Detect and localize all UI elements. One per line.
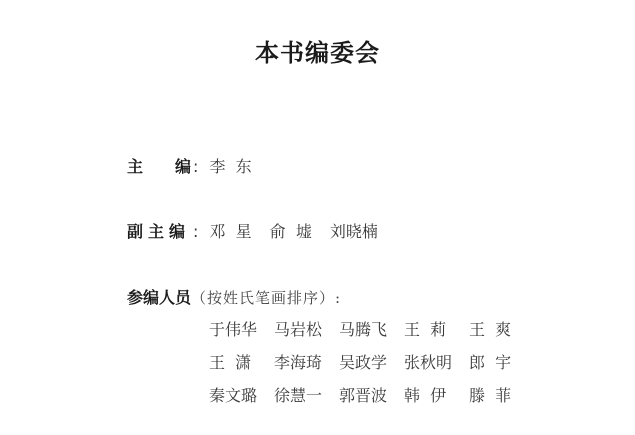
colon: :	[193, 157, 198, 176]
participant-name: 于伟华	[209, 319, 274, 352]
participants-row: 秦文璐 徐慧一 郭晋波 韩 伊 滕 菲	[209, 385, 529, 418]
participants-label: 参编人员	[127, 288, 191, 307]
page-title: 本书编委会	[0, 33, 635, 68]
participant-name: 吴政学	[339, 352, 404, 385]
participants-grid: 于伟华 马岩松 马腾飞 王 莉 王 爽 王 潇 李海琦 吴政学 张秋明 郎 宇 …	[209, 319, 529, 418]
participant-name: 韩 伊	[404, 385, 469, 418]
colon: :	[193, 222, 198, 241]
participant-name: 王 莉	[404, 319, 469, 352]
participant-name: 王 潇	[209, 352, 274, 385]
deputy-editor-label: 副主编	[127, 221, 197, 243]
participant-name: 李海琦	[274, 352, 339, 385]
participant-name: 张秋明	[404, 352, 469, 385]
participants-heading: 参编人员（按姓氏笔画排序）:	[127, 287, 341, 309]
deputy-editor-name: 邓 星	[209, 221, 251, 243]
chief-editor-name: 李 东	[209, 156, 251, 178]
participants-note: （按姓氏笔画排序）:	[191, 289, 341, 307]
participants-row: 王 潇 李海琦 吴政学 张秋明 郎 宇	[209, 352, 529, 385]
participant-name: 徐慧一	[274, 385, 339, 418]
participant-name: 郎 宇	[469, 352, 534, 385]
participant-name: 王 爽	[469, 319, 534, 352]
participant-name: 郭晋波	[339, 385, 404, 418]
chief-editor-line: 主编: 李 东	[127, 156, 270, 178]
participants-row: 于伟华 马岩松 马腾飞 王 莉 王 爽	[209, 319, 529, 352]
chief-editor-label: 主编	[127, 156, 197, 178]
participant-name: 马腾飞	[339, 319, 404, 352]
deputy-editors-line: 副主编: 邓 星俞 墟刘晓楠	[127, 221, 396, 243]
deputy-editor-name: 刘晓楠	[330, 221, 378, 243]
participant-name: 马岩松	[274, 319, 339, 352]
participant-name: 滕 菲	[469, 385, 534, 418]
participant-name: 秦文璐	[209, 385, 274, 418]
deputy-editor-name: 俞 墟	[270, 221, 312, 243]
